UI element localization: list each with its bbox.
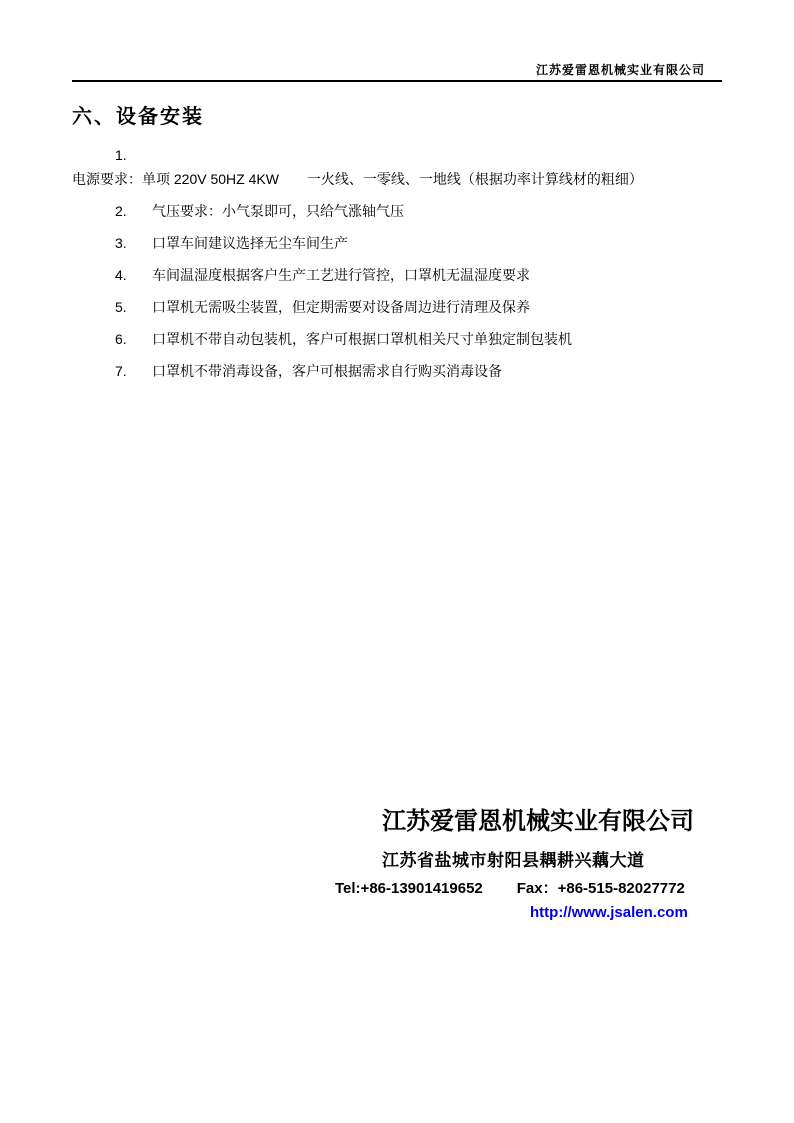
list-item-number: 4. (115, 263, 152, 287)
footer-address: 江苏省盐城市射阳县耦耕兴藕大道 (382, 846, 645, 871)
footer-tel: Tel:+86-13901419652 (335, 880, 483, 897)
footer-tel-fax-line: Tel:+86-13901419652Fax：+86-515-82027772 (335, 877, 685, 898)
list-item: 2.气压要求：小气泵即可，只给气涨轴气压 (72, 199, 722, 223)
footer-fax: Fax：+86-515-82027772 (517, 880, 685, 897)
list-item-number: 2. (115, 199, 152, 223)
list-item: 3.口罩车间建议选择无尘车间生产 (72, 231, 722, 255)
footer-company-name: 江苏爱雷恩机械实业有限公司 (382, 801, 694, 836)
footer-website-link[interactable]: http://www.jsalen.com (530, 904, 688, 921)
header-company-name: 江苏爱雷恩机械实业有限公司 (72, 61, 705, 78)
list-item: 5.口罩机无需吸尘装置，但定期需要对设备周边进行清理及保养 (72, 295, 722, 319)
list-item-number: 1. (115, 143, 152, 167)
list-item: 4.车间温湿度根据客户生产工艺进行管控，口罩机无温湿度要求 (72, 263, 722, 287)
numbered-list: 1.电源要求：单项 220V 50HZ 4KW 一火线、一零线、一地线（根据功率… (72, 143, 722, 391)
list-item-text: 口罩机不带消毒设备，客户可根据需求自行购买消毒设备 (152, 363, 502, 379)
list-item-text: 车间温湿度根据客户生产工艺进行管控，口罩机无温湿度要求 (152, 267, 530, 283)
list-item-number: 7. (115, 359, 152, 383)
list-item: 7.口罩机不带消毒设备，客户可根据需求自行购买消毒设备 (72, 359, 722, 383)
list-item-number: 5. (115, 295, 152, 319)
list-item-text: 口罩机不带自动包装机，客户可根据口罩机相关尺寸单独定制包装机 (152, 331, 572, 347)
list-item: 1.电源要求：单项 220V 50HZ 4KW 一火线、一零线、一地线（根据功率… (72, 143, 722, 191)
list-item: 6.口罩机不带自动包装机，客户可根据口罩机相关尺寸单独定制包装机 (72, 327, 722, 351)
section-title: 六、设备安装 (72, 100, 204, 129)
list-item-number: 6. (115, 327, 152, 351)
list-item-text: 气压要求：小气泵即可，只给气涨轴气压 (152, 203, 404, 219)
list-item-text: 电源要求：单项 220V 50HZ 4KW 一火线、一零线、一地线（根据功率计算… (72, 171, 643, 187)
document-page: 江苏爱雷恩机械实业有限公司 六、设备安装 1.电源要求：单项 220V 50HZ… (0, 0, 794, 1123)
list-item-number: 3. (115, 231, 152, 255)
list-item-text: 口罩车间建议选择无尘车间生产 (152, 235, 348, 251)
header-divider (72, 80, 722, 82)
list-item-text: 口罩机无需吸尘装置，但定期需要对设备周边进行清理及保养 (152, 299, 530, 315)
